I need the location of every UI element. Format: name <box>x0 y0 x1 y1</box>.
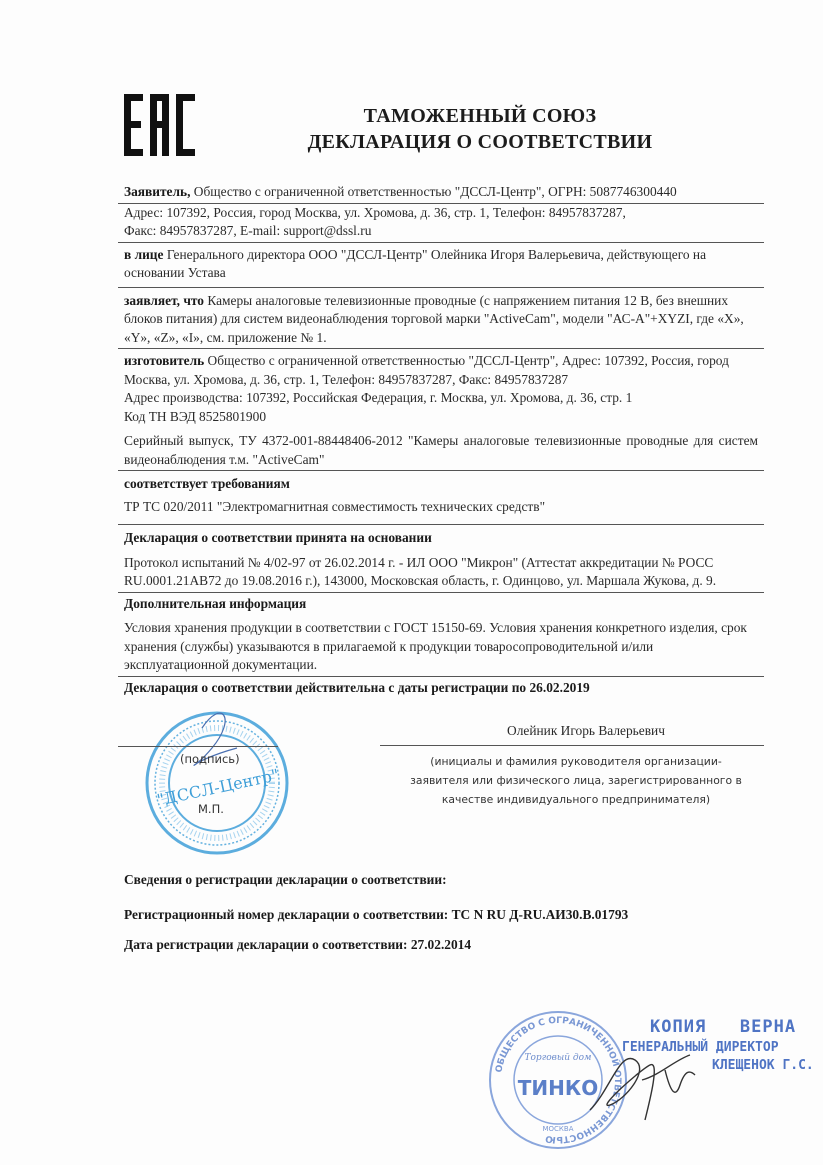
compliance-section: соответствует требованиям ТР ТС 020/2011… <box>118 471 764 525</box>
address-line-1: Адрес: 107392, Россия, город Москва, ул.… <box>124 204 758 223</box>
manufacturer-label: изготовитель <box>124 353 204 368</box>
registration-heading: Сведения о регистрации декларации о соот… <box>124 872 447 888</box>
applicant-section: Заявитель, Общество с ограниченной ответ… <box>118 183 764 204</box>
validity-text: Декларация о соответствии действительна … <box>124 679 758 698</box>
seal-place-label: М.П. <box>198 802 224 816</box>
document-title: ТАМОЖЕННЫЙ СОЮЗ ДЕКЛАРАЦИЯ О СООТВЕТСТВИ… <box>270 103 690 155</box>
additional-info-section: Дополнительная информация Условия хранен… <box>118 593 764 677</box>
signer-name: Олейник Игорь Валерьевич <box>408 723 764 739</box>
serial-production: Серийный выпуск, ТУ 4372-001-88448406-20… <box>124 432 758 469</box>
signer-caption: (инициалы и фамилия руководителя организ… <box>390 752 762 809</box>
represented-by-label: в лице <box>124 247 163 262</box>
applicant-text: Общество с ограниченной ответственностью… <box>194 184 677 199</box>
applicant-label: Заявитель, <box>124 184 190 199</box>
validity-section: Декларация о соответствии действительна … <box>118 677 764 699</box>
additional-info-text: Условия хранения продукции в соответстви… <box>124 619 758 675</box>
signature-line <box>118 746 278 747</box>
declares-label: заявляет, что <box>124 293 204 308</box>
additional-info-label: Дополнительная информация <box>124 595 758 614</box>
handwritten-signature-icon <box>580 1030 720 1130</box>
signer-name-line <box>380 745 764 746</box>
represented-by-text: Генерального директора ООО "ДССЛ-Центр" … <box>124 247 706 281</box>
eac-logo-icon <box>124 94 196 156</box>
signature-label: (подпись) <box>180 752 240 766</box>
svg-text:МОСКВА: МОСКВА <box>543 1125 574 1133</box>
basis-label: Декларация о соответствии принята на осн… <box>124 529 758 548</box>
address-line-2: Факс: 84957837287, E-mail: support@dssl.… <box>124 222 758 241</box>
director-name-stamp: КЛЕЩЕНОК Г.С. <box>712 1058 814 1073</box>
production-address: Адрес производства: 107392, Российская Ф… <box>124 389 758 408</box>
title-line-2: ДЕКЛАРАЦИЯ О СООТВЕТСТВИИ <box>270 129 690 155</box>
compliance-text: ТР ТС 020/2011 "Электромагнитная совмест… <box>124 498 758 517</box>
declares-section: заявляет, что Камеры аналоговые телевизи… <box>118 288 764 350</box>
compliance-label: соответствует требованиям <box>124 475 758 494</box>
title-line-1: ТАМОЖЕННЫЙ СОЮЗ <box>270 103 690 129</box>
address-section: Адрес: 107392, Россия, город Москва, ул.… <box>118 204 764 243</box>
manufacturer-text: Общество с ограниченной ответственностью… <box>124 353 729 387</box>
tn-ved-code: Код ТН ВЭД 8525801900 <box>124 408 758 427</box>
basis-section: Декларация о соответствии принята на осн… <box>118 525 764 593</box>
declares-text: Камеры аналоговые телевизионные проводны… <box>124 293 744 345</box>
signature-block: (подпись) М.П. Олейник Игорь Валерьевич … <box>118 700 764 850</box>
represented-by-section: в лице Генерального директора ООО "ДССЛ-… <box>118 243 764 288</box>
registration-number: Регистрационный номер декларации о соотв… <box>124 907 628 923</box>
manufacturer-section: изготовитель Общество с ограниченной отв… <box>118 349 764 471</box>
basis-text: Протокол испытаний № 4/02-97 от 26.02.20… <box>124 554 758 591</box>
declaration-body: Заявитель, Общество с ограниченной ответ… <box>118 183 764 698</box>
registration-date: Дата регистрации декларации о соответств… <box>124 937 471 953</box>
